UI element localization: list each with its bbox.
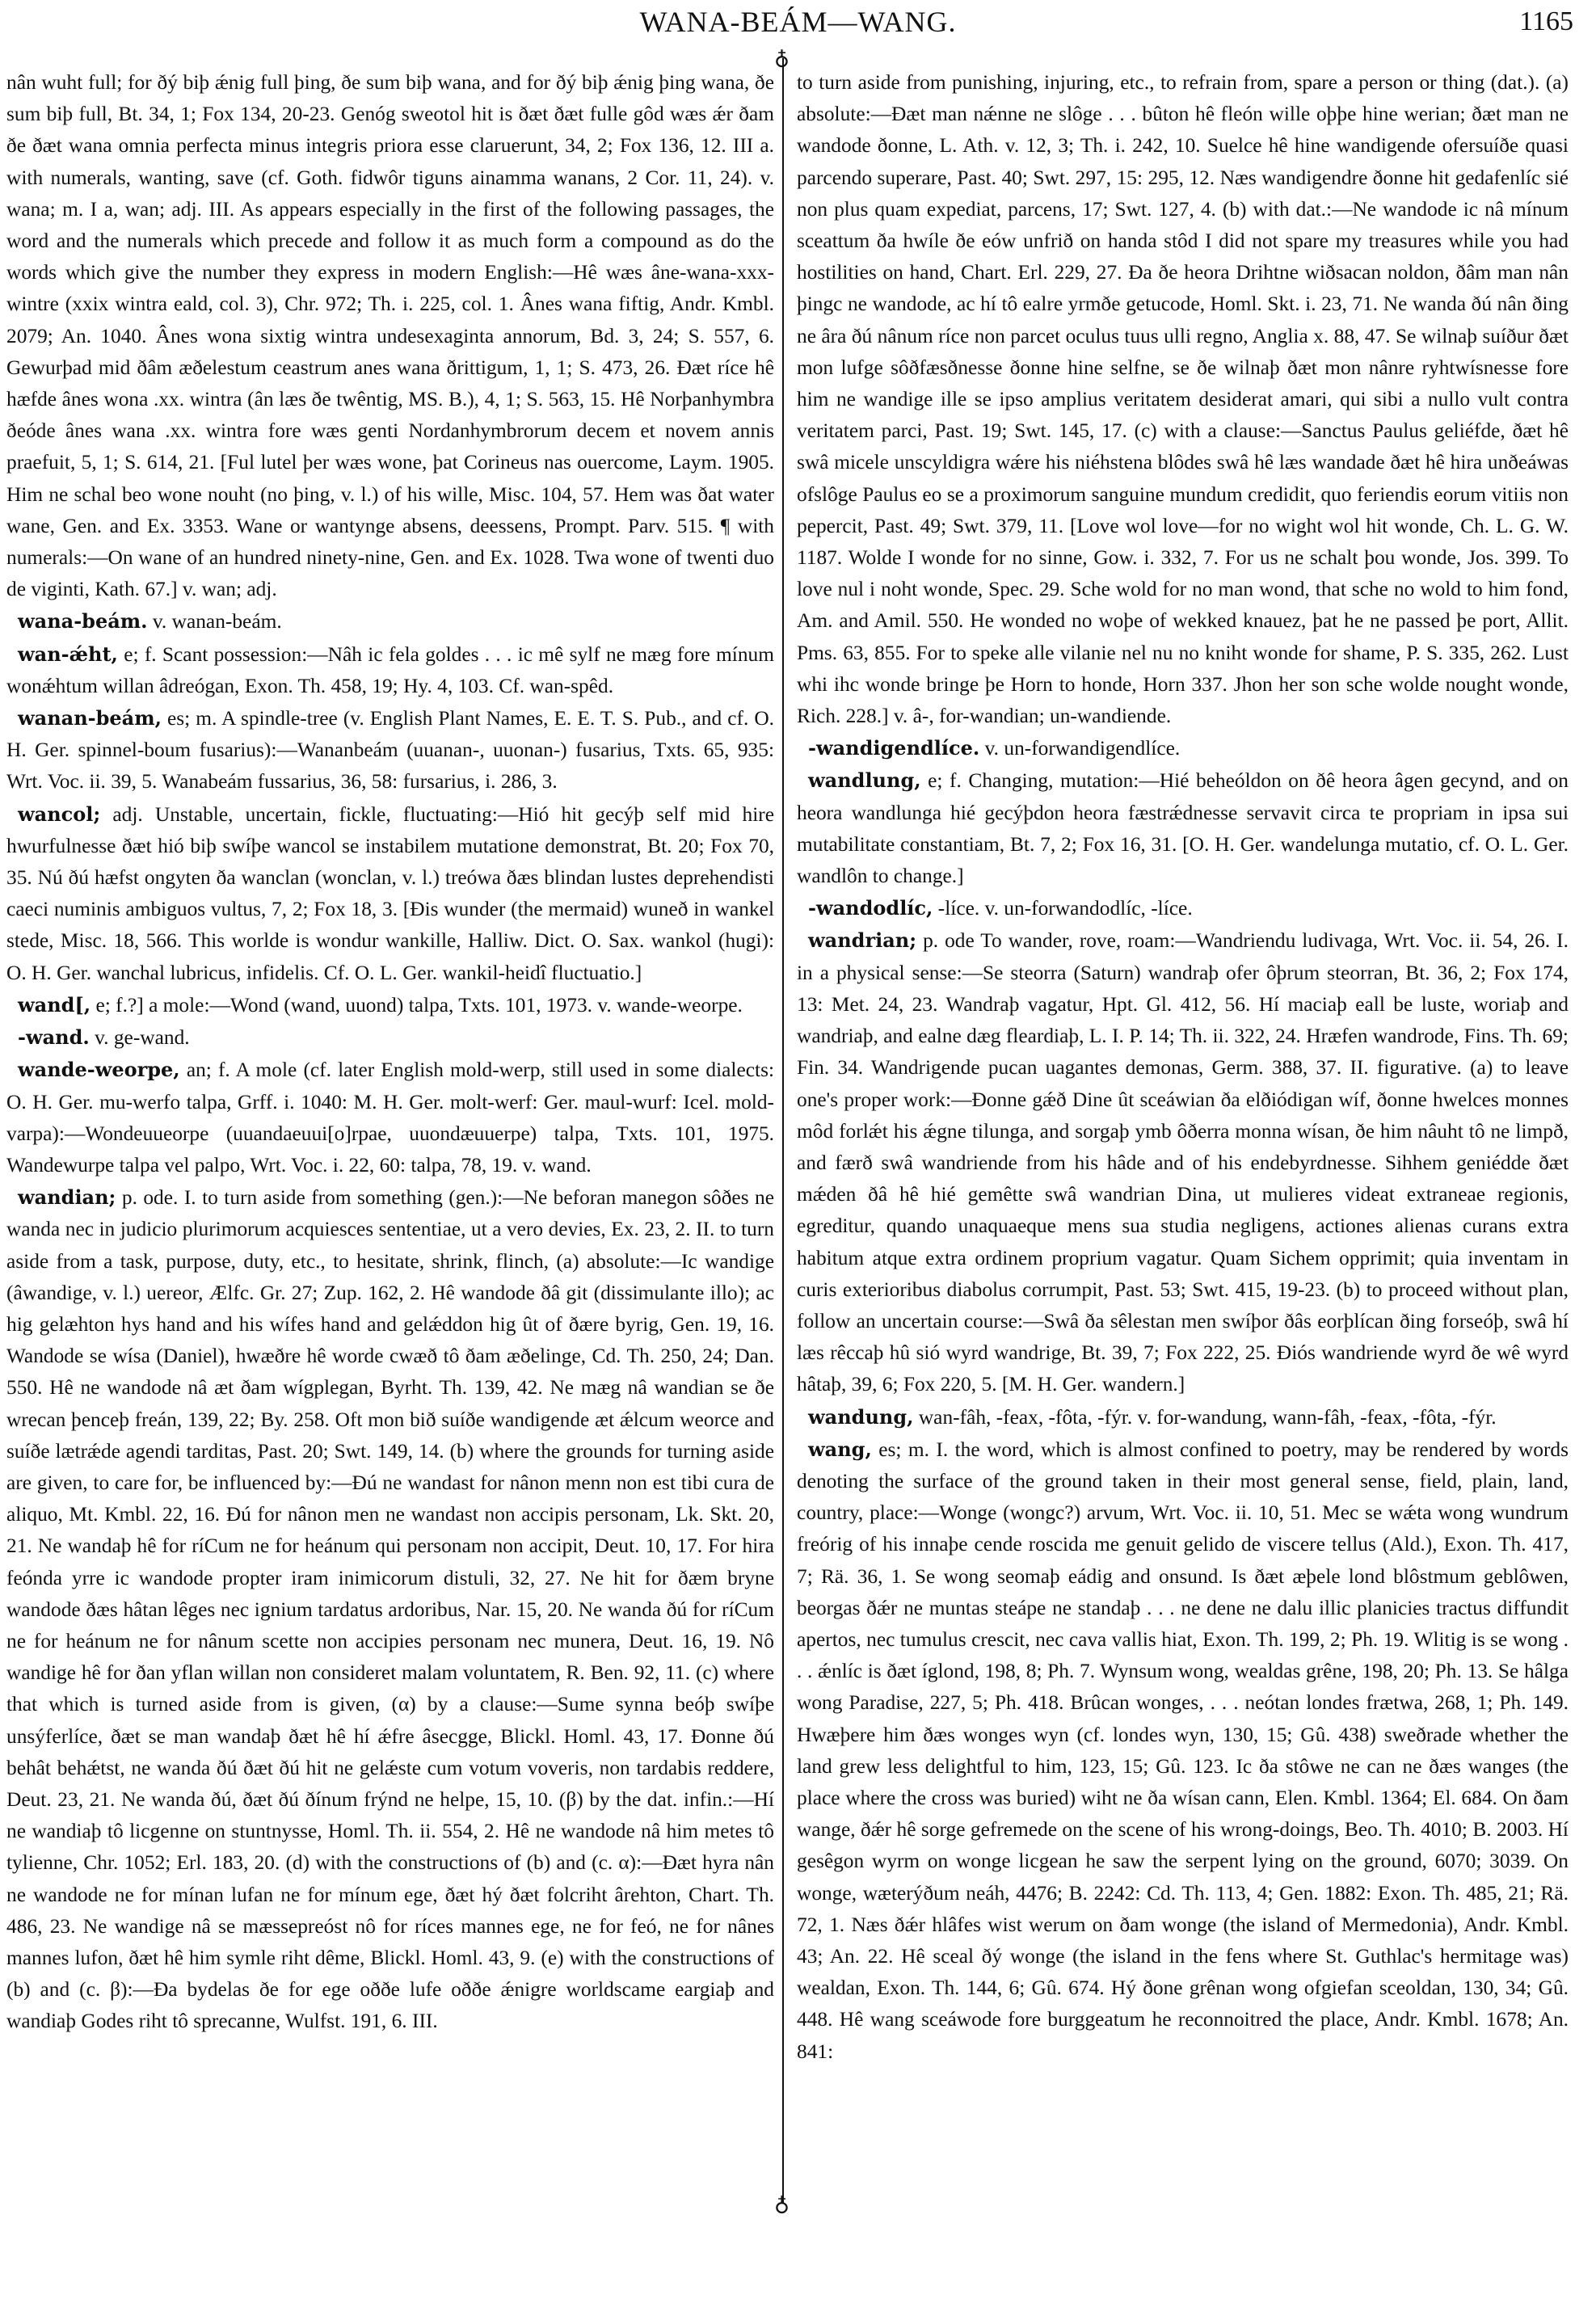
entry-text: p. ode To wander, rove, roam:—Wandriendu… bbox=[797, 929, 1569, 1395]
dictionary-entry: -wandodlíc, -líce. v. un-forwandodlíc, -… bbox=[797, 892, 1569, 924]
headword: wan-ǽht, bbox=[18, 642, 118, 666]
entry-text: to turn aside from punishing, injuring, … bbox=[797, 71, 1569, 727]
dictionary-entry: wandian; p. ode. I. to turn aside from s… bbox=[6, 1181, 774, 2037]
dictionary-entry: wanan-beám, es; m. A spindle-tree (v. En… bbox=[6, 702, 774, 798]
headword: wandrian; bbox=[808, 928, 916, 952]
headword: -wand. bbox=[18, 1025, 90, 1049]
dictionary-entry: -wandigendlíce. v. un-forwandigendlíce. bbox=[797, 732, 1569, 764]
dictionary-entry: wandlung, e; f. Changing, mutation:—Hié … bbox=[797, 764, 1569, 892]
dictionary-entry: to turn aside from punishing, injuring, … bbox=[797, 66, 1569, 732]
page-number: 1165 bbox=[1519, 6, 1573, 37]
left-column: nân wuht full; for ðý biþ ǽnig full þing… bbox=[6, 66, 774, 2038]
entry-text: adj. Unstable, uncertain, fickle, fluctu… bbox=[6, 803, 774, 984]
column-divider bbox=[782, 58, 784, 2204]
entry-text: nân wuht full; for ðý biþ ǽnig full þing… bbox=[6, 71, 774, 600]
headword: wande-weorpe, bbox=[18, 1058, 180, 1081]
dictionary-entry: wang, es; m. I. the word, which is almos… bbox=[797, 1433, 1569, 2068]
entry-text: v. ge-wand. bbox=[95, 1026, 190, 1049]
entry-text: es; m. I. the word, which is almost conf… bbox=[797, 1438, 1569, 2063]
dictionary-entry: wandung, wan-fâh, -feax, -fôta, -fýr. v.… bbox=[797, 1401, 1569, 1433]
headword: wandung, bbox=[808, 1405, 913, 1429]
dictionary-entry: wand[, e; f.?] a mole:—Wond (wand, uuond… bbox=[6, 989, 774, 1021]
page-header: WANA-BEÁM—WANG. 1165 bbox=[0, 5, 1596, 45]
entry-text: p. ode. I. to turn aside from something … bbox=[6, 1186, 774, 2032]
dictionary-entry: nân wuht full; for ðý biþ ǽnig full þing… bbox=[6, 66, 774, 605]
entry-text: v. un-forwandigendlíce. bbox=[985, 737, 1181, 760]
entry-text: -líce. v. un-forwandodlíc, -líce. bbox=[938, 897, 1193, 920]
headword: wana-beám. bbox=[18, 609, 148, 633]
dictionary-entry: wana-beám. v. wanan-beám. bbox=[6, 605, 774, 638]
dictionary-entry: -wand. v. ge-wand. bbox=[6, 1021, 774, 1054]
headword: wand[, bbox=[18, 993, 91, 1017]
headword: wandlung, bbox=[808, 768, 921, 792]
entry-text: wan-fâh, -feax, -fôta, -fýr. v. for-wand… bbox=[919, 1406, 1497, 1429]
headword: wandian; bbox=[18, 1185, 116, 1209]
dictionary-entry: wan-ǽht, e; f. Scant possession:—Nâh ic … bbox=[6, 638, 774, 702]
headword: wanan-beám, bbox=[18, 706, 162, 730]
headword: wancol; bbox=[18, 802, 100, 826]
headword: -wandodlíc, bbox=[808, 896, 933, 920]
running-title: WANA-BEÁM—WANG. bbox=[0, 5, 1596, 39]
dictionary-entry: wancol; adj. Unstable, uncertain, fickle… bbox=[6, 798, 774, 989]
headword: wang, bbox=[808, 1438, 872, 1461]
entry-text: e; f.?] a mole:—Wond (wand, uuond) talpa… bbox=[96, 994, 743, 1017]
entry-text: e; f. Scant possession:—Nâh ic fela gold… bbox=[6, 643, 774, 697]
entry-text: v. wanan-beám. bbox=[153, 610, 282, 633]
headword: -wandigendlíce. bbox=[808, 736, 979, 760]
column-ornament-bottom-icon: ♁ bbox=[774, 2196, 790, 2212]
right-column: to turn aside from punishing, injuring, … bbox=[797, 66, 1569, 2068]
dictionary-entry: wande-weorpe, an; f. A mole (cf. later E… bbox=[6, 1054, 774, 1181]
dictionary-entry: wandrian; p. ode To wander, rove, roam:—… bbox=[797, 924, 1569, 1400]
